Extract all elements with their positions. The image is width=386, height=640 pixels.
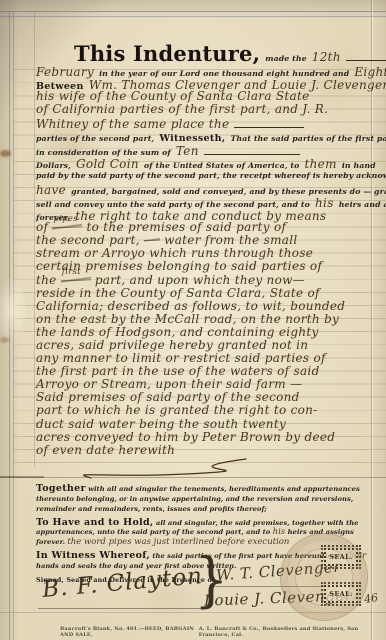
- signature-baseline: [38, 608, 202, 609]
- handwritten-line: part to which he is granted the right to…: [36, 404, 372, 417]
- handwritten-line: of even date herewith: [36, 444, 372, 457]
- interlined-word: pipes: [53, 213, 78, 226]
- edge-mark: [0, 337, 9, 343]
- embossed-notary-seal: [280, 533, 368, 621]
- gothic-together: Together: [36, 483, 86, 494]
- handwritten-text: part, and upon which they now—: [95, 273, 305, 287]
- handwritten-text: of: [36, 220, 48, 234]
- handwritten-line: of California parties of the first part,…: [36, 103, 372, 116]
- printed-line: paid by the said party of the second par…: [36, 169, 372, 182]
- embossed-seal-inner-ring: [295, 548, 353, 606]
- deed-document-page: This Indenture, made the 12th day of Feb…: [0, 0, 386, 640]
- handwritten-line: on the east by the McCall road, on the n…: [36, 313, 372, 326]
- blank-form-imprint: Bancroft's Blank, No. 401.—DEED, BARGAIN…: [60, 626, 199, 638]
- handwritten-line: the lands of Hodgson, and containing eig…: [36, 326, 372, 339]
- page-number: 46: [363, 591, 379, 606]
- deed-title-line: This Indenture, made the 12th day of: [36, 44, 372, 64]
- printed-line: have granted, bargained, sold and convey…: [36, 182, 372, 195]
- printed-text: heirs and assigns,: [339, 200, 386, 209]
- printed-text: made the: [265, 54, 306, 63]
- paragraph-together: Together with all and singular the tenem…: [36, 484, 372, 515]
- handwritten-line: reside in the County of Santa Clara, Sta…: [36, 287, 372, 300]
- handwritten-text: to the premises of said party of: [87, 220, 287, 234]
- handwritten-line: the first part, and upon which they now—: [36, 274, 372, 287]
- gothic-in-witness-whereof: In Witness Whereof,: [36, 550, 150, 561]
- struck-out-word: [144, 236, 160, 245]
- interlineation-note: the word pipes was just interlined befor…: [67, 537, 289, 547]
- handwritten-line: California; described as follows, to wit…: [36, 300, 372, 313]
- deed-line-witnesseth: parties of the second part, Witnesseth, …: [36, 129, 372, 142]
- handwritten-line: duct said water being the south twenty: [36, 418, 372, 431]
- deed-body: This Indenture, made the 12th day of Feb…: [36, 44, 372, 584]
- handwritten-text: water from the small: [164, 233, 297, 247]
- interlineation: first: [61, 274, 91, 287]
- stationer-imprint: A. L. Bancroft & Co., Booksellers and St…: [199, 626, 368, 638]
- interlineation: pipes: [52, 221, 82, 234]
- edge-mark: [0, 150, 11, 157]
- handwritten-his: his: [273, 527, 286, 537]
- handwritten-line: Whitney of the same place the: [36, 116, 372, 129]
- gothic-to-have-and-to-hold: To Have and to Hold,: [36, 517, 154, 528]
- pen-flourish: [36, 457, 372, 481]
- interlined-word: first: [62, 266, 81, 279]
- blank-fill-dash: [234, 119, 304, 128]
- deed-line-dollars: Dollars, Gold Coin of the United States …: [36, 156, 372, 169]
- blank-fill-dash: [346, 52, 386, 61]
- printer-imprint: Bancroft's Blank, No. 401.—DEED, BARGAIN…: [0, 626, 386, 638]
- handwritten-line: acres conveyed to him by Peter Brown by …: [36, 431, 372, 444]
- handwritten-date: 12th: [312, 50, 341, 64]
- printed-line: sell and convey unto the said party of t…: [36, 195, 372, 208]
- handwritten-text: the second part,: [36, 233, 140, 247]
- blank-fill-dash: [204, 146, 300, 155]
- top-border-rule: [0, 11, 386, 17]
- deed-line-consideration: in consideration of the sum of Ten: [36, 143, 372, 156]
- handwritten-text: the: [36, 273, 57, 287]
- deed-title: This Indenture,: [74, 41, 260, 66]
